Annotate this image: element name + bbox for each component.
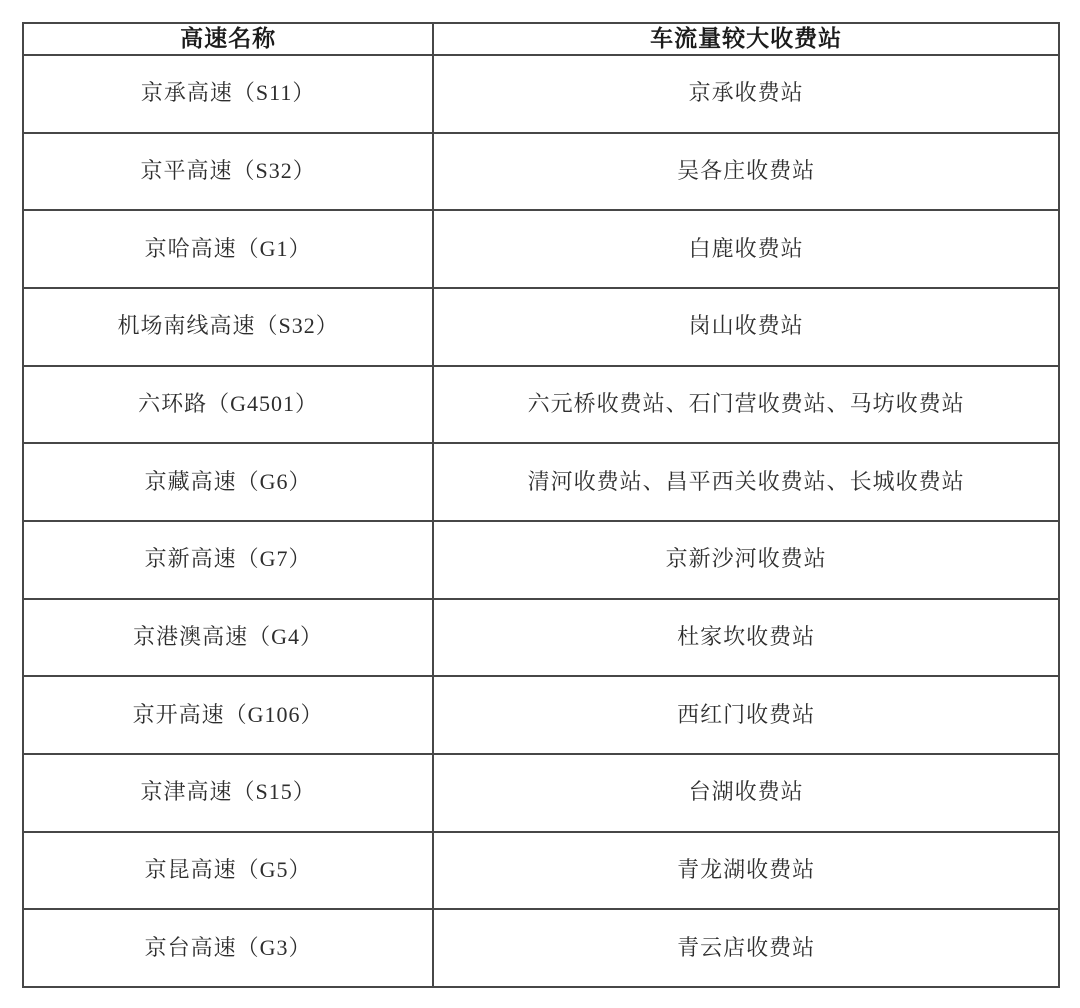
toll-stations-cell: 台湖收费站 xyxy=(433,754,1059,832)
table-row: 京哈高速（G1） 白鹿收费站 xyxy=(23,210,1059,288)
table-row: 京开高速（G106） 西红门收费站 xyxy=(23,676,1059,754)
highway-name-cell: 京港澳高速（G4） xyxy=(23,599,433,677)
table-row: 六环路（G4501） 六元桥收费站、石门营收费站、马坊收费站 xyxy=(23,366,1059,444)
table-row: 京昆高速（G5） 青龙湖收费站 xyxy=(23,832,1059,910)
header-row: 高速名称 车流量较大收费站 xyxy=(23,23,1059,55)
toll-stations-cell: 岗山收费站 xyxy=(433,288,1059,366)
table-row: 京港澳高速（G4） 杜家坎收费站 xyxy=(23,599,1059,677)
highway-name-cell: 京藏高速（G6） xyxy=(23,443,433,521)
header-busy-toll-stations: 车流量较大收费站 xyxy=(433,23,1059,55)
toll-stations-cell: 西红门收费站 xyxy=(433,676,1059,754)
toll-stations-cell: 青云店收费站 xyxy=(433,909,1059,987)
toll-stations-cell: 青龙湖收费站 xyxy=(433,832,1059,910)
highway-name-cell: 机场南线高速（S32） xyxy=(23,288,433,366)
toll-stations-cell: 吴各庄收费站 xyxy=(433,133,1059,211)
toll-stations-cell: 京新沙河收费站 xyxy=(433,521,1059,599)
toll-stations-cell: 白鹿收费站 xyxy=(433,210,1059,288)
toll-station-table: 高速名称 车流量较大收费站 京承高速（S11） 京承收费站 京平高速（S32） … xyxy=(22,22,1060,988)
highway-name-cell: 京开高速（G106） xyxy=(23,676,433,754)
table-row: 京津高速（S15） 台湖收费站 xyxy=(23,754,1059,832)
toll-stations-cell: 京承收费站 xyxy=(433,55,1059,133)
toll-stations-cell: 六元桥收费站、石门营收费站、马坊收费站 xyxy=(433,366,1059,444)
highway-name-cell: 六环路（G4501） xyxy=(23,366,433,444)
table-row: 机场南线高速（S32） 岗山收费站 xyxy=(23,288,1059,366)
highway-name-cell: 京昆高速（G5） xyxy=(23,832,433,910)
table-row: 京藏高速（G6） 清河收费站、昌平西关收费站、长城收费站 xyxy=(23,443,1059,521)
toll-stations-cell: 清河收费站、昌平西关收费站、长城收费站 xyxy=(433,443,1059,521)
table-body: 京承高速（S11） 京承收费站 京平高速（S32） 吴各庄收费站 京哈高速（G1… xyxy=(23,55,1059,987)
highway-name-cell: 京平高速（S32） xyxy=(23,133,433,211)
highway-name-cell: 京新高速（G7） xyxy=(23,521,433,599)
highway-name-cell: 京承高速（S11） xyxy=(23,55,433,133)
header-highway-name: 高速名称 xyxy=(23,23,433,55)
table-row: 京平高速（S32） 吴各庄收费站 xyxy=(23,133,1059,211)
toll-stations-cell: 杜家坎收费站 xyxy=(433,599,1059,677)
table-row: 京承高速（S11） 京承收费站 xyxy=(23,55,1059,133)
highway-name-cell: 京台高速（G3） xyxy=(23,909,433,987)
highway-name-cell: 京哈高速（G1） xyxy=(23,210,433,288)
highway-name-cell: 京津高速（S15） xyxy=(23,754,433,832)
table-row: 京台高速（G3） 青云店收费站 xyxy=(23,909,1059,987)
table-row: 京新高速（G7） 京新沙河收费站 xyxy=(23,521,1059,599)
